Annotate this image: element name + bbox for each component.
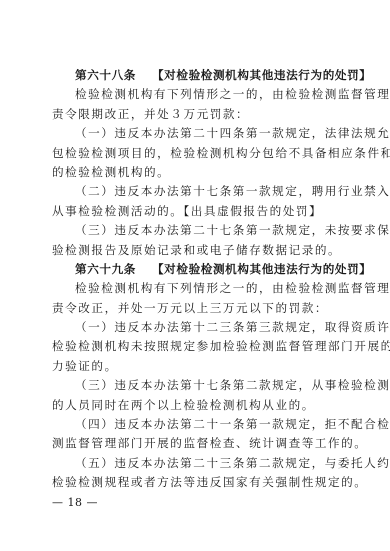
clause-line: 的人员同时在两个以上检验检测机构从业的。 xyxy=(52,396,348,415)
article-68-title: 【对检验检测机构其他违法行为的处罚】 xyxy=(152,68,372,82)
article-69-number: 第六十九条 xyxy=(75,262,136,276)
clause-line: 的检验检测机构的。 xyxy=(52,163,348,182)
article-69-title: 【对检验检测机构其他违法行为的处罚】 xyxy=(152,262,372,276)
paragraph-line: 检验检测机构有下列情形之一的，由检验检测监督管理部门 xyxy=(52,85,348,104)
clause-line: 验检测报告及原始记录和或电子储存数据记录的。 xyxy=(52,241,348,260)
paragraph-line: 检验检测机构有下列情形之一的，由检验检测监督管理部门 xyxy=(52,279,348,298)
article-69-heading: 第六十九条【对检验检测机构其他违法行为的处罚】 xyxy=(52,260,348,279)
clause-line: 检验检测机构未按照规定参加检验检测监督管理部门开展的能 xyxy=(52,337,348,356)
page-number: — 18 — xyxy=(52,493,348,512)
clause-line: （二）违反本办法第十七条第一款规定，聘用行业禁入人员 xyxy=(52,182,348,201)
clause-line: （一）违反本办法第十二三条第三款规定，取得资质许可的 xyxy=(52,318,348,337)
document-page: 第六十八条【对检验检测机构其他违法行为的处罚】 检验检测机构有下列情形之一的，由… xyxy=(52,66,348,512)
clause-line: （一）违反本办法第二十四条第一款规定，法律法规允许分 xyxy=(52,124,348,143)
clause-line: 测监督管理部门开展的监督检查、统计调查等工作的。 xyxy=(52,434,348,453)
clause-line: （四）违反本办法第二十一条第一款规定，拒不配合检验检 xyxy=(52,415,348,434)
clause-line: 力验证的。 xyxy=(52,357,348,376)
clause-line: （五）违反本办法第二十三条第二款规定，与委托人约定的 xyxy=(52,454,348,473)
article-68-number: 第六十八条 xyxy=(75,68,136,82)
clause-line: 检验检测规程或者方法等违反国家有关强制性规定的。 xyxy=(52,473,348,492)
clause-line: （三）违反本办法第二十七条第一款规定，未按要求保存检 xyxy=(52,221,348,240)
clause-line: 包检验检测项目的，检验检测机构分包给不具备相应条件和能力 xyxy=(52,144,348,163)
paragraph-line: 责令改正，并处一万元以上三万元以下的罚款： xyxy=(52,299,348,318)
clause-line: （三）违反本办法第十七条第二款规定，从事检验检测活动 xyxy=(52,376,348,395)
article-68-heading: 第六十八条【对检验检测机构其他违法行为的处罚】 xyxy=(52,66,348,85)
clause-line: 从事检验检测活动的。【出具虚假报告的处罚】 xyxy=(52,202,348,221)
paragraph-line: 责令限期改正，并处３万元罚款： xyxy=(52,105,348,124)
